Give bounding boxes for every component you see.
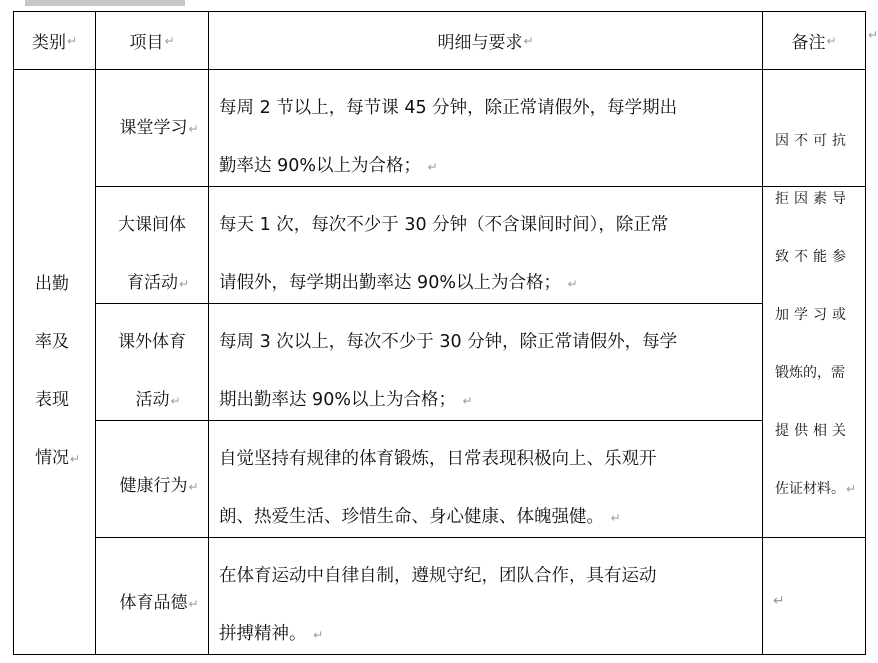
item-cell: 大课间体 育活动↵	[96, 196, 208, 313]
paragraph-mark-icon: ↵	[164, 34, 174, 48]
paragraph-mark-icon: ↵	[773, 593, 785, 609]
paragraph-mark-icon: ↵	[179, 277, 189, 291]
row-end-mark-icon: ↵	[868, 28, 878, 42]
note-cell-empty: ↵	[772, 590, 862, 609]
cut-off-heading-highlight	[25, 0, 185, 6]
paragraph-mark-icon: ↵	[170, 394, 180, 408]
paragraph-mark-icon: ↵	[428, 160, 438, 174]
detail-cell: 每周 3 次以上，每次不少于 30 分钟，除正常请假外，每学 期出勤率达 90%…	[209, 313, 762, 430]
detail-cell: 在体育运动中自律自制，遵规守纪，团队合作，具有运动 拼搏精神。 ↵	[209, 547, 762, 663]
category-cell: 出勤 率及 表现 情况↵	[14, 255, 95, 488]
item-cell: 课堂学习↵	[96, 70, 208, 186]
paragraph-mark-icon: ↵	[67, 34, 77, 48]
item-cell: 体育品德↵	[96, 538, 208, 654]
header-category: 类别↵	[14, 12, 95, 69]
paragraph-mark-icon: ↵	[846, 482, 856, 496]
paragraph-mark-icon: ↵	[826, 34, 836, 48]
paragraph-mark-icon: ↵	[523, 34, 533, 48]
detail-cell: 每天 1 次，每次不少于 30 分钟（不含课间时间），除正常 请假外，每学期出勤…	[209, 196, 762, 313]
note-cell: 因不可抗 拒因素导 致不能参 加学习或 锻炼的，需 提供相关 佐证材料。↵	[763, 112, 865, 518]
paragraph-mark-icon: ↵	[611, 511, 621, 525]
paragraph-mark-icon: ↵	[188, 122, 198, 136]
paragraph-mark-icon: ↵	[188, 597, 198, 611]
item-cell: 健康行为↵	[96, 421, 208, 537]
header-detail: 明细与要求↵	[209, 12, 762, 69]
paragraph-mark-icon: ↵	[568, 277, 578, 291]
paragraph-mark-icon: ↵	[463, 394, 473, 408]
item-cell: 课外体育 活动↵	[96, 313, 208, 430]
detail-cell: 每周 2 节以上，每节课 45 分钟，除正常请假外，每学期出 勤率达 90%以上…	[209, 79, 762, 196]
paragraph-mark-icon: ↵	[313, 628, 323, 642]
table-border-right	[865, 11, 866, 655]
header-item: 项目↵	[96, 12, 208, 69]
header-note: 备注↵	[763, 12, 865, 69]
detail-cell: 自觉坚持有规律的体育锻炼，日常表现积极向上、乐观开 朗、热爱生活、珍惜生命、身心…	[209, 430, 762, 547]
paragraph-mark-icon: ↵	[70, 452, 80, 466]
paragraph-mark-icon: ↵	[188, 480, 198, 494]
